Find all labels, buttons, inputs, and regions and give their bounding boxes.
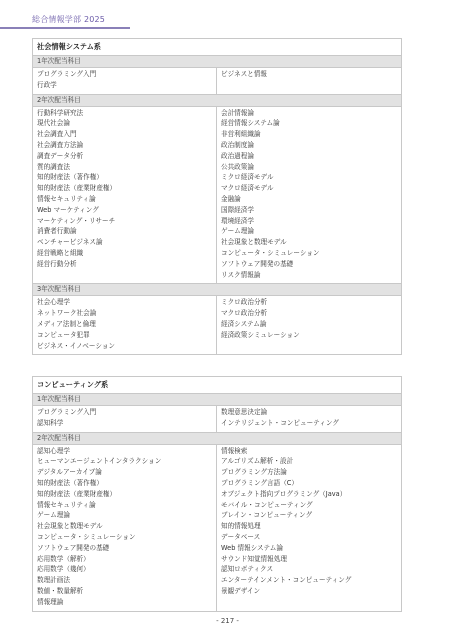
year-header: 2年次配当科目 (33, 95, 401, 107)
course-item: コンピュータ犯罪 (37, 330, 212, 341)
course-item: マーケティング・リサーチ (37, 216, 212, 227)
course-item: オブジェクト指向プログラミング（Java） (221, 489, 397, 500)
course-item: 行動科学研究法 (37, 108, 212, 119)
course-item: Web マーケティング (37, 205, 212, 216)
course-item: ネットワーク社会論 (37, 308, 212, 319)
course-column-left: 認知心理学 ヒューマンエージェントインタラクション デジタルアーカイブ論 知的財… (33, 445, 217, 611)
course-item: デジタルアーカイブ論 (37, 467, 212, 478)
course-item: プログラミング方法論 (221, 467, 397, 478)
section-computing: コンピューティング系 1年次配当科目 プログラミング入門 認知科学 数理意思決定… (32, 376, 402, 612)
course-row: 行動科学研究法 現代社会論 社会調査入門 社会調査方法論 調査データ分析 質的調… (33, 107, 401, 285)
course-item: プログラミング入門 (37, 69, 212, 80)
course-item: 国際経済学 (221, 205, 397, 216)
course-column-right: ビジネスと情報 (217, 68, 401, 94)
course-row: 社会心理学 ネットワーク社会論 メディア法制と倫理 コンピュータ犯罪 ビジネス・… (33, 296, 401, 354)
course-item: 経営戦略と組織 (37, 248, 212, 259)
course-item: 知的財産法（産業財産権） (37, 183, 212, 194)
course-item: 数理意思決定論 (221, 407, 397, 418)
course-item: 質的調査法 (37, 162, 212, 173)
course-item: 景観デザイン (221, 586, 397, 597)
page-number: - 217 - (0, 617, 455, 625)
course-item: Web 情報システム論 (221, 543, 397, 554)
section-title: 社会情報システム系 (33, 39, 401, 56)
course-item: 認知科学 (37, 418, 212, 429)
course-item: 認知ロボティクス (221, 564, 397, 575)
course-item: 調査データ分析 (37, 151, 212, 162)
course-item: ビジネスと情報 (221, 69, 397, 80)
course-item: コンピュータ・シミュレーション (37, 532, 212, 543)
course-item: ミクロ政治分析 (221, 297, 397, 308)
course-item: 金融論 (221, 194, 397, 205)
course-item: インテリジェント・コンピューティング (221, 418, 397, 429)
course-item: 知的財産法（著作権） (37, 172, 212, 183)
course-item: 社会調査入門 (37, 129, 212, 140)
course-column-right: 数理意思決定論 インテリジェント・コンピューティング (217, 406, 401, 432)
course-item: 知的財産法（産業財産権） (37, 489, 212, 500)
course-item: 認知心理学 (37, 446, 212, 457)
course-item: 現代社会論 (37, 118, 212, 129)
course-row: 認知心理学 ヒューマンエージェントインタラクション デジタルアーカイブ論 知的財… (33, 445, 401, 611)
year-header: 3年次配当科目 (33, 284, 401, 296)
course-item: モバイル・コンピューティング (221, 500, 397, 511)
year-header: 1年次配当科目 (33, 56, 401, 68)
course-item: プログラミング入門 (37, 407, 212, 418)
course-item: ミクロ経済モデル (221, 172, 397, 183)
course-item: ヒューマンエージェントインタラクション (37, 456, 212, 467)
course-item: 知的情報処理 (221, 521, 397, 532)
year-header: 2年次配当科目 (33, 433, 401, 445)
course-item: リスク情報論 (221, 270, 397, 281)
course-column-right: 会計情報論 経営情報システム論 非営利組織論 政治制度論 政治過程論 公共政策論… (217, 107, 401, 284)
course-item: プログラミング言語（C） (221, 478, 397, 489)
course-column-left: 行動科学研究法 現代社会論 社会調査入門 社会調査方法論 調査データ分析 質的調… (33, 107, 217, 284)
page-header-title: 総合情報学部 2025 (32, 14, 105, 25)
course-item: 経営行動分析 (37, 259, 212, 270)
course-item: 環境経済学 (221, 216, 397, 227)
course-item: 情報検索 (221, 446, 397, 457)
course-item: エンターテインメント・コンピューティング (221, 575, 397, 586)
course-item: コンピュータ・シミュレーション (221, 248, 397, 259)
course-column-left: プログラミング入門 認知科学 (33, 406, 217, 432)
section-title: コンピューティング系 (33, 377, 401, 394)
course-item: 社会現象と数理モデル (37, 521, 212, 532)
course-item: マクロ政治分析 (221, 308, 397, 319)
course-item: 応用数学（幾何） (37, 564, 212, 575)
course-item: 社会現象と数理モデル (221, 237, 397, 248)
course-item: 経営情報システム論 (221, 118, 397, 129)
course-item: 会計情報論 (221, 108, 397, 119)
course-column-right: ミクロ政治分析 マクロ政治分析 経済システム論 経済政策シミュレーション (217, 296, 401, 354)
course-item: 非営利組織論 (221, 129, 397, 140)
year-header: 1年次配当科目 (33, 394, 401, 406)
course-item: ゲーム理論 (221, 226, 397, 237)
course-item: サウンド知覚情報処理 (221, 554, 397, 565)
course-item: 数値・数量解析 (37, 586, 212, 597)
course-item: 経済システム論 (221, 319, 397, 330)
course-row: プログラミング入門 認知科学 数理意思決定論 インテリジェント・コンピューティン… (33, 406, 401, 433)
course-column-left: 社会心理学 ネットワーク社会論 メディア法制と倫理 コンピュータ犯罪 ビジネス・… (33, 296, 217, 354)
course-item: 応用数学（解析） (37, 554, 212, 565)
course-item: データベース (221, 532, 397, 543)
course-item: 情報セキュリティ論 (37, 500, 212, 511)
course-column-right: 情報検索 アルゴリズム解析・設計 プログラミング方法論 プログラミング言語（C）… (217, 445, 401, 611)
course-row: プログラミング入門 行政学 ビジネスと情報 (33, 68, 401, 95)
course-item: アルゴリズム解析・設計 (221, 456, 397, 467)
course-item: マクロ経済モデル (221, 183, 397, 194)
header-rule (0, 27, 130, 29)
course-item: 知的財産法（著作権） (37, 478, 212, 489)
course-item: ビジネス・イノベーション (37, 341, 212, 352)
course-item: ソフトウェア開発の基礎 (221, 259, 397, 270)
course-item: ベンチャービジネス論 (37, 237, 212, 248)
course-item: ブレイン・コンピューティング (221, 510, 397, 521)
course-item: 公共政策論 (221, 162, 397, 173)
course-item: 経済政策シミュレーション (221, 330, 397, 341)
course-item: 政治制度論 (221, 140, 397, 151)
course-item: 社会心理学 (37, 297, 212, 308)
course-item: 情報理論 (37, 597, 212, 608)
course-item: 政治過程論 (221, 151, 397, 162)
course-item: ソフトウェア開発の基礎 (37, 543, 212, 554)
course-item: ゲーム理論 (37, 510, 212, 521)
course-item: 消費者行動論 (37, 226, 212, 237)
course-item: 行政学 (37, 80, 212, 91)
course-item: 情報セキュリティ論 (37, 194, 212, 205)
course-column-left: プログラミング入門 行政学 (33, 68, 217, 94)
section-social-info-systems: 社会情報システム系 1年次配当科目 プログラミング入門 行政学 ビジネスと情報 … (32, 38, 402, 355)
course-item: 社会調査方法論 (37, 140, 212, 151)
course-item: メディア法制と倫理 (37, 319, 212, 330)
course-item: 数理計画法 (37, 575, 212, 586)
